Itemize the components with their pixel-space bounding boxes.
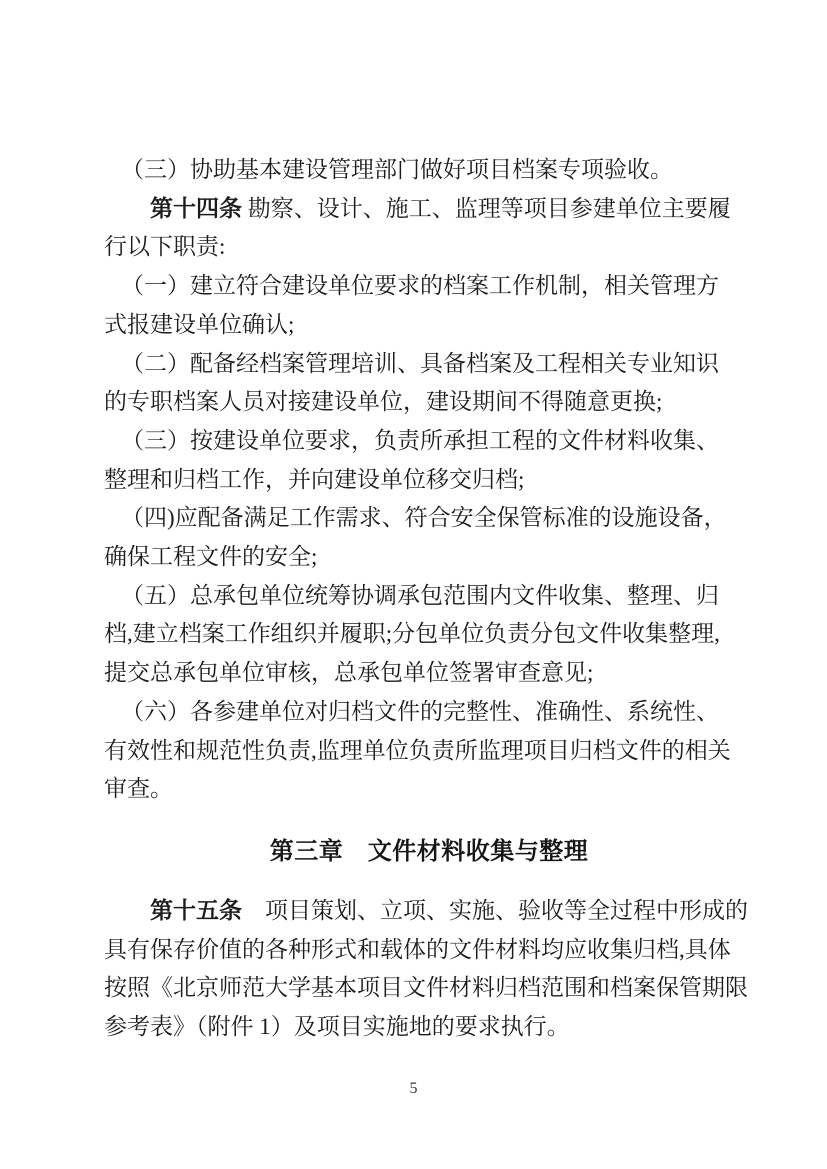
body-line: （一）建立符合建设单位要求的档案工作机制，相关管理方 xyxy=(104,267,754,306)
body-line: 档,建立档案工作组织并履职;分包单位负责分包文件收集整理, xyxy=(104,615,754,654)
article-text: 勘察、设计、施工、监理等项目参建单位主要履 xyxy=(242,196,731,221)
body-line: 第十五条 项目策划、立项、实施、验收等全过程中形成的 xyxy=(104,892,754,931)
body-line: 提交总承包单位审核，总承包单位签署审查意见; xyxy=(104,654,754,693)
body-line: 审查。 xyxy=(104,770,754,809)
body-line: 有效性和规范性负责,监理单位负责所监理项目归档文件的相关 xyxy=(104,732,754,771)
document-body: （三）协助基本建设管理部门做好项目档案专项验收。 第十四条 勘察、设计、施工、监… xyxy=(104,151,754,1047)
body-line: 确保工程文件的安全; xyxy=(104,538,754,577)
body-line: （三）协助基本建设管理部门做好项目档案专项验收。 xyxy=(104,151,754,190)
body-line: （五）总承包单位统筹协调承包范围内文件收集、整理、归 xyxy=(104,577,754,616)
body-line: 具有保存价值的各种形式和载体的文件材料均应收集归档,具体 xyxy=(104,931,754,970)
article-number: 第十四条 xyxy=(150,196,242,221)
body-line: （四)应配备满足工作需求、符合安全保管标准的设施设备， xyxy=(104,499,754,538)
body-line: 的专职档案人员对接建设单位，建设期间不得随意更换; xyxy=(104,383,754,422)
page-footer: 5 xyxy=(0,1080,827,1098)
body-line: 式报建设单位确认; xyxy=(104,306,754,345)
chapter-heading: 第三章 文件材料收集与整理 xyxy=(104,828,754,874)
body-line: 参考表》（附件 1）及项目实施地的要求执行。 xyxy=(104,1008,754,1047)
page-number: 5 xyxy=(410,1080,418,1097)
document-page: （三）协助基本建设管理部门做好项目档案专项验收。 第十四条 勘察、设计、施工、监… xyxy=(0,0,827,1169)
body-line: 行以下职责: xyxy=(104,228,754,267)
body-line: （二）配备经档案管理培训、具备档案及工程相关专业知识 xyxy=(104,345,754,384)
article-number: 第十五条 xyxy=(150,898,242,923)
article-text: 项目策划、立项、实施、验收等全过程中形成的 xyxy=(242,898,748,923)
body-line: （六）各参建单位对归档文件的完整性、准确性、系统性、 xyxy=(104,693,754,732)
body-line: 整理和归档工作，并向建设单位移交归档; xyxy=(104,461,754,500)
body-line: （三）按建设单位要求，负责所承担工程的文件材料收集、 xyxy=(104,422,754,461)
body-line: 按照《北京师范大学基本项目文件材料归档范围和档案保管期限 xyxy=(104,969,754,1008)
body-line: 第十四条 勘察、设计、施工、监理等项目参建单位主要履 xyxy=(104,190,754,229)
